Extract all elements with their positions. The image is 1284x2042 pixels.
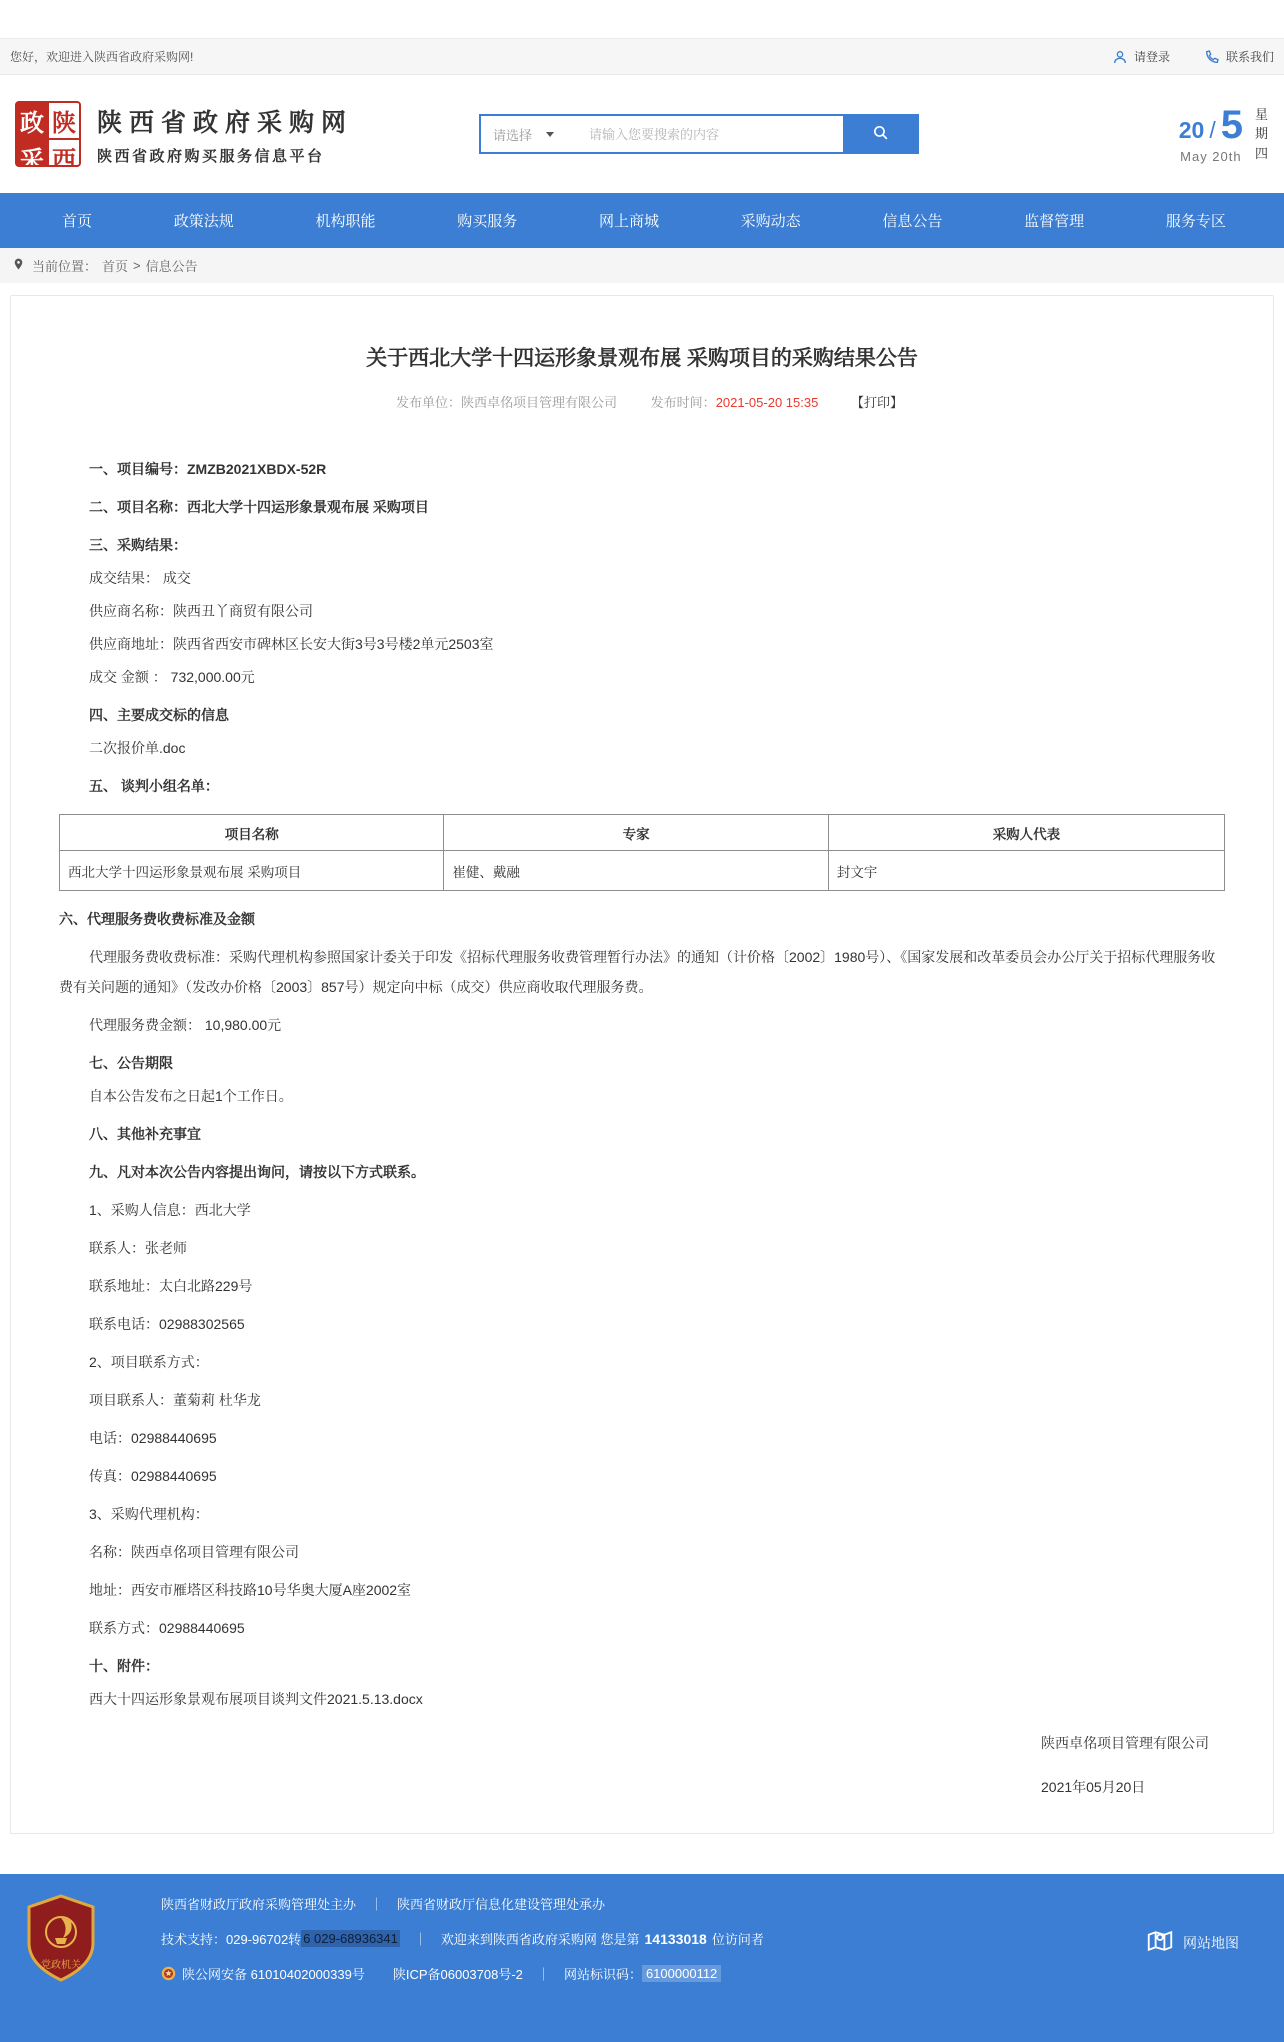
deal-amount: 成交 金额 ： 732,000.00元 xyxy=(89,667,1225,687)
contact-line-address: 联系地址：太白北路229号 xyxy=(89,1276,1225,1296)
contact-line-project-person: 项目联系人：董菊莉 杜华龙 xyxy=(89,1390,1225,1410)
date-month: 5 xyxy=(1221,105,1243,145)
site-footer: 党政机关 陕西省财政厅政府采购管理处主办 ｜ 陕西省财政厅信息化建设管理处承办 … xyxy=(0,1874,1284,2042)
chevron-down-icon xyxy=(546,132,554,137)
deal-result: 成交结果： 成交 xyxy=(89,568,1225,588)
section-2-project-name: 二、项目名称：西北大学十四运形象景观布展 采购项目 xyxy=(89,497,1225,517)
svg-text:党政机关: 党政机关 xyxy=(41,1958,81,1971)
publisher: 发布单位：陕西卓佲项目管理有限公司 xyxy=(396,395,617,410)
section-10-heading: 十、附件： xyxy=(89,1656,1225,1676)
search-category-select[interactable]: 请选择 xyxy=(481,116,585,152)
nav-item-procurement-news[interactable]: 采购动态 xyxy=(741,210,801,231)
site-code-value: 6100000112 xyxy=(642,1965,721,1982)
contact-line-person: 联系人：张老师 xyxy=(89,1238,1225,1258)
contact-line-project-heading: 2、项目联系方式： xyxy=(89,1352,1225,1372)
section-3-result-heading: 三、采购结果： xyxy=(89,535,1225,555)
col-project-name: 项目名称 xyxy=(60,815,444,851)
date-main: 20 / 5 May 20th xyxy=(1179,105,1243,164)
top-gap xyxy=(0,0,1284,38)
site-subtitle: 陕西省政府购买服务信息平台 xyxy=(97,145,353,166)
supplier-name: 供应商名称：陕西丑丫商贸有限公司 xyxy=(89,601,1225,621)
login-link[interactable]: 请登录 xyxy=(1112,48,1170,65)
quotation-doc-link[interactable]: 二次报价单.doc xyxy=(89,738,1225,758)
contact-line-project-phone: 电话：02988440695 xyxy=(89,1428,1225,1448)
col-purchaser-rep: 采购人代表 xyxy=(828,815,1224,851)
site-logo[interactable]: 政 陕 采 西 陕西省政府采购网 陕西省政府购买服务信息平台 xyxy=(15,101,353,167)
nav-item-purchase-services[interactable]: 购买服务 xyxy=(457,210,517,231)
contact-line-agency-address: 地址：西安市雁塔区科技路10号华奥大厦A座2002室 xyxy=(89,1580,1225,1600)
welcome-text: 您好，欢迎进入陕西省政府采购网! xyxy=(10,48,193,65)
cell-purchaser-rep: 封文宇 xyxy=(828,851,1224,891)
table-header-row: 项目名称 专家 采购人代表 xyxy=(60,815,1225,851)
attachment-link[interactable]: 西大十四运形象景观布展项目谈判文件2021.5.13.docx xyxy=(89,1689,1225,1709)
tech-support-highlight: 6 029-68936341 xyxy=(301,1930,400,1947)
breadcrumb-current[interactable]: 信息公告 xyxy=(146,256,198,275)
signature-company: 陕西卓佲项目管理有限公司 xyxy=(1041,1733,1225,1753)
footer-line-support: 技术支持：029-96702转6 029-68936341 ｜ 欢迎来到陕西省政… xyxy=(161,1929,764,1948)
agency-fee-standard: 代理服务费收费标准：采购代理机构参照国家计委关于印发《招标代理服务收费管理暂行办… xyxy=(59,942,1225,1002)
section-9-heading: 九、凡对本次公告内容提出询问，请按以下方式联系。 xyxy=(89,1162,1225,1182)
search-input[interactable] xyxy=(585,116,843,152)
main-nav: 首页 政策法规 机构职能 购买服务 网上商城 采购动态 信息公告 监督管理 服务… xyxy=(0,193,1284,248)
section-6-heading: 六、代理服务费收费标准及金额 xyxy=(59,909,1225,929)
breadcrumb: 当前位置： 首页 > 信息公告 xyxy=(0,248,1284,283)
map-icon xyxy=(1145,1926,1175,1959)
date-day: 20 xyxy=(1179,119,1205,145)
date-slash: / xyxy=(1209,119,1215,145)
supplier-address: 供应商地址：陕西省西安市碑林区长安大街3号3号楼2单元2503室 xyxy=(89,634,1225,654)
government-emblem-icon: 党政机关 xyxy=(25,1894,97,1987)
topbar-links: 请登录 联系我们 xyxy=(1112,48,1274,65)
footer-line-hosts: 陕西省财政厅政府采购管理处主办 ｜ 陕西省财政厅信息化建设管理处承办 xyxy=(161,1894,764,1913)
breadcrumb-home[interactable]: 首页 xyxy=(102,256,128,275)
footer-organizer: 陕西省财政厅信息化建设管理处承办 xyxy=(397,1894,605,1913)
visitor-count: 14133018 xyxy=(645,1931,707,1947)
page: 您好，欢迎进入陕西省政府采购网! 请登录 联系我们 xyxy=(0,0,1284,2042)
visitor-suffix: 位访问者 xyxy=(712,1929,764,1948)
announcement-period: 自本公告发布之日起1个工作日。 xyxy=(89,1086,1225,1106)
footer-text-column: 陕西省财政厅政府采购管理处主办 ｜ 陕西省财政厅信息化建设管理处承办 技术支持：… xyxy=(161,1894,764,1999)
nav-item-functions[interactable]: 机构职能 xyxy=(315,210,375,231)
breadcrumb-label: 当前位置： xyxy=(32,256,97,275)
section-5-heading: 五、 谈判小组名单： xyxy=(89,776,1225,796)
site-name: 陕西省政府采购网 xyxy=(97,103,353,139)
site-header: 政 陕 采 西 陕西省政府采购网 陕西省政府购买服务信息平台 请选择 xyxy=(0,75,1284,193)
nav-item-online-mall[interactable]: 网上商城 xyxy=(599,210,659,231)
contact-line-purchaser: 1、采购人信息：西北大学 xyxy=(89,1200,1225,1220)
publish-time-value: 2021-05-20 15:35 xyxy=(716,395,819,410)
search-button[interactable] xyxy=(843,116,917,152)
print-button[interactable]: 【打印】 xyxy=(851,395,903,410)
contact-line-agency-heading: 3、采购代理机构： xyxy=(89,1504,1225,1524)
topbar: 您好，欢迎进入陕西省政府采购网! 请登录 联系我们 xyxy=(0,38,1284,75)
section-1-project-number: 一、项目编号：ZMZB2021XBDX-52R xyxy=(89,459,1225,479)
date-english: May 20th xyxy=(1179,149,1243,164)
nav-item-policy[interactable]: 政策法规 xyxy=(174,210,234,231)
user-icon xyxy=(1112,49,1128,65)
phone-icon xyxy=(1204,49,1220,65)
footer-line-registration: 陕公网安备 61010402000339号 陕ICP备06003708号-2 ｜… xyxy=(161,1964,764,1983)
search-bar: 请选择 xyxy=(479,114,919,154)
date-widget: 20 / 5 May 20th 星期四 xyxy=(1179,105,1270,164)
logo-seal-icon: 政 陕 采 西 xyxy=(15,101,81,167)
signature-block: 陕西卓佲项目管理有限公司 2021年05月20日 xyxy=(1041,1733,1225,1797)
nav-item-home[interactable]: 首页 xyxy=(62,210,92,231)
article-meta: 发布单位：陕西卓佲项目管理有限公司 发布时间：2021-05-20 15:35 … xyxy=(11,392,1273,411)
contact-line-project-fax: 传真：02988440695 xyxy=(89,1466,1225,1486)
section-4-heading: 四、主要成交标的信息 xyxy=(89,705,1225,725)
logo-text: 陕西省政府采购网 陕西省政府购买服务信息平台 xyxy=(97,103,353,166)
nav-item-notices[interactable]: 信息公告 xyxy=(882,210,942,231)
agency-fee-amount: 代理服务费金额： 10,980.00元 xyxy=(89,1015,1225,1035)
publish-time: 发布时间：2021-05-20 15:35 xyxy=(651,395,819,410)
contact-link[interactable]: 联系我们 xyxy=(1204,48,1274,65)
signature-date: 2021年05月20日 xyxy=(1041,1777,1225,1797)
nav-item-service-zone[interactable]: 服务专区 xyxy=(1166,210,1226,231)
contact-line-phone: 联系电话：02988302565 xyxy=(89,1314,1225,1334)
tech-support: 技术支持：029-96702转 xyxy=(161,1929,301,1948)
search-icon xyxy=(872,124,889,144)
negotiation-group-table: 项目名称 专家 采购人代表 西北大学十四运形象景观布展 采购项目 崔健、戴融 封… xyxy=(59,814,1225,891)
table-row: 西北大学十四运形象景观布展 采购项目 崔健、戴融 封文宇 xyxy=(60,851,1225,891)
icp-record[interactable]: 陕ICP备06003708号-2 xyxy=(393,1964,523,1983)
date-weekday: 星期四 xyxy=(1255,105,1270,164)
visitor-welcome: 欢迎来到陕西省政府采购网 您是第 xyxy=(441,1929,640,1948)
col-experts: 专家 xyxy=(444,815,828,851)
site-code-label: 网站标识码： xyxy=(564,1964,642,1983)
section-7-heading: 七、公告期限 xyxy=(89,1053,1225,1073)
nav-item-supervision[interactable]: 监督管理 xyxy=(1024,210,1084,231)
cell-experts: 崔健、戴融 xyxy=(444,851,828,891)
contact-line-agency-name: 名称：陕西卓佲项目管理有限公司 xyxy=(89,1542,1225,1562)
article-body: 一、项目编号：ZMZB2021XBDX-52R 二、项目名称：西北大学十四运形象… xyxy=(11,411,1273,1797)
contact-line-agency-phone: 联系方式：02988440695 xyxy=(89,1618,1225,1638)
location-pin-icon xyxy=(12,257,27,274)
sitemap-link[interactable]: 网站地图 xyxy=(1145,1926,1239,1959)
page-title: 关于西北大学十四运形象景观布展 采购项目的采购结果公告 xyxy=(11,342,1273,372)
public-security-record[interactable]: 陕公网安备 61010402000339号 xyxy=(182,1964,365,1983)
breadcrumb-separator: > xyxy=(133,258,141,273)
footer-gap xyxy=(0,1834,1284,1874)
footer-host: 陕西省财政厅政府采购管理处主办 xyxy=(161,1894,356,1913)
police-badge-icon xyxy=(161,1966,176,1981)
announcement-card: 关于西北大学十四运形象景观布展 采购项目的采购结果公告 发布单位：陕西卓佲项目管… xyxy=(10,295,1274,1834)
section-8-heading: 八、其他补充事宜 xyxy=(89,1124,1225,1144)
cell-project-name: 西北大学十四运形象景观布展 采购项目 xyxy=(60,851,444,891)
